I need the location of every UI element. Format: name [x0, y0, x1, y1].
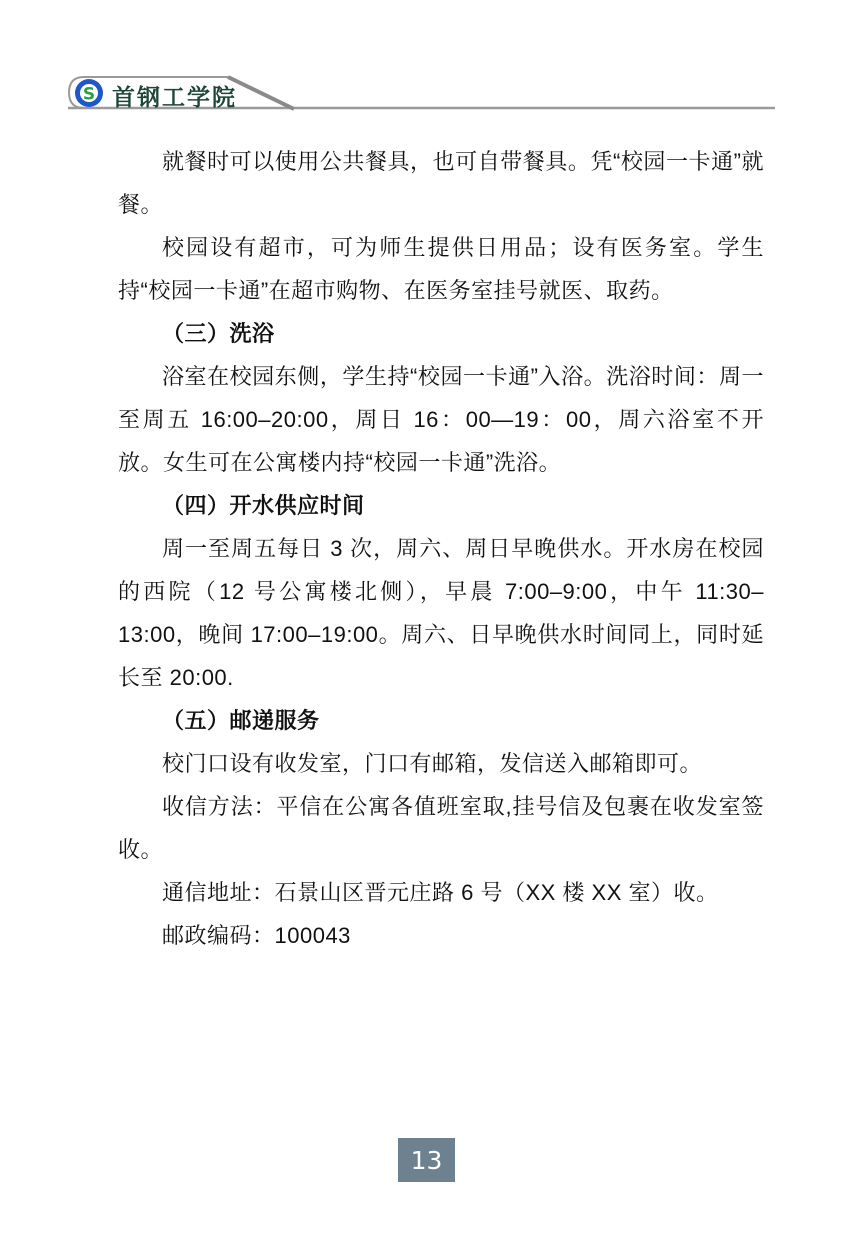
document-body: 就餐时可以使用公共餐具，也可自带餐具。凭“校园一卡通”就餐。 校园设有超市，可为…: [118, 140, 764, 957]
section-heading-bathing: （三）洗浴: [118, 312, 764, 355]
paragraph-mail-address: 通信地址：石景山区晋元庄路 6 号（XX 楼 XX 室）收。: [118, 871, 764, 914]
school-logo-icon: S: [75, 79, 103, 107]
section-heading-mail: （五）邮递服务: [118, 699, 764, 742]
paragraph-mail-receive: 收信方法：平信在公寓各值班室取,挂号信及包裹在收发室签收。: [118, 785, 764, 871]
section-heading-hot-water: （四）开水供应时间: [118, 484, 764, 527]
paragraph-bathing: 浴室在校园东侧，学生持“校园一卡通”入浴。洗浴时间：周一至周五 16:00–20…: [118, 355, 764, 484]
paragraph-dining: 就餐时可以使用公共餐具，也可自带餐具。凭“校园一卡通”就餐。: [118, 140, 764, 226]
paragraph-hot-water: 周一至周五每日 3 次，周六、周日早晚供水。开水房在校园的西院（12 号公寓楼北…: [118, 527, 764, 699]
document-page: { "header": { "school_name": "首钢工学院", "t…: [0, 0, 856, 1240]
school-name: 首钢工学院: [112, 79, 237, 112]
paragraph-supermarket: 校园设有超市，可为师生提供日用品；设有医务室。学生持“校园一卡通”在超市购物、在…: [118, 226, 764, 312]
page-number-badge: 13: [398, 1138, 455, 1182]
paragraph-postal-code: 邮政编码：100043: [118, 914, 764, 957]
page-header: S 首钢工学院: [0, 0, 856, 120]
paragraph-mail-room: 校门口设有收发室，门口有邮箱，发信送入邮箱即可。: [118, 742, 764, 785]
svg-text:S: S: [83, 85, 95, 105]
